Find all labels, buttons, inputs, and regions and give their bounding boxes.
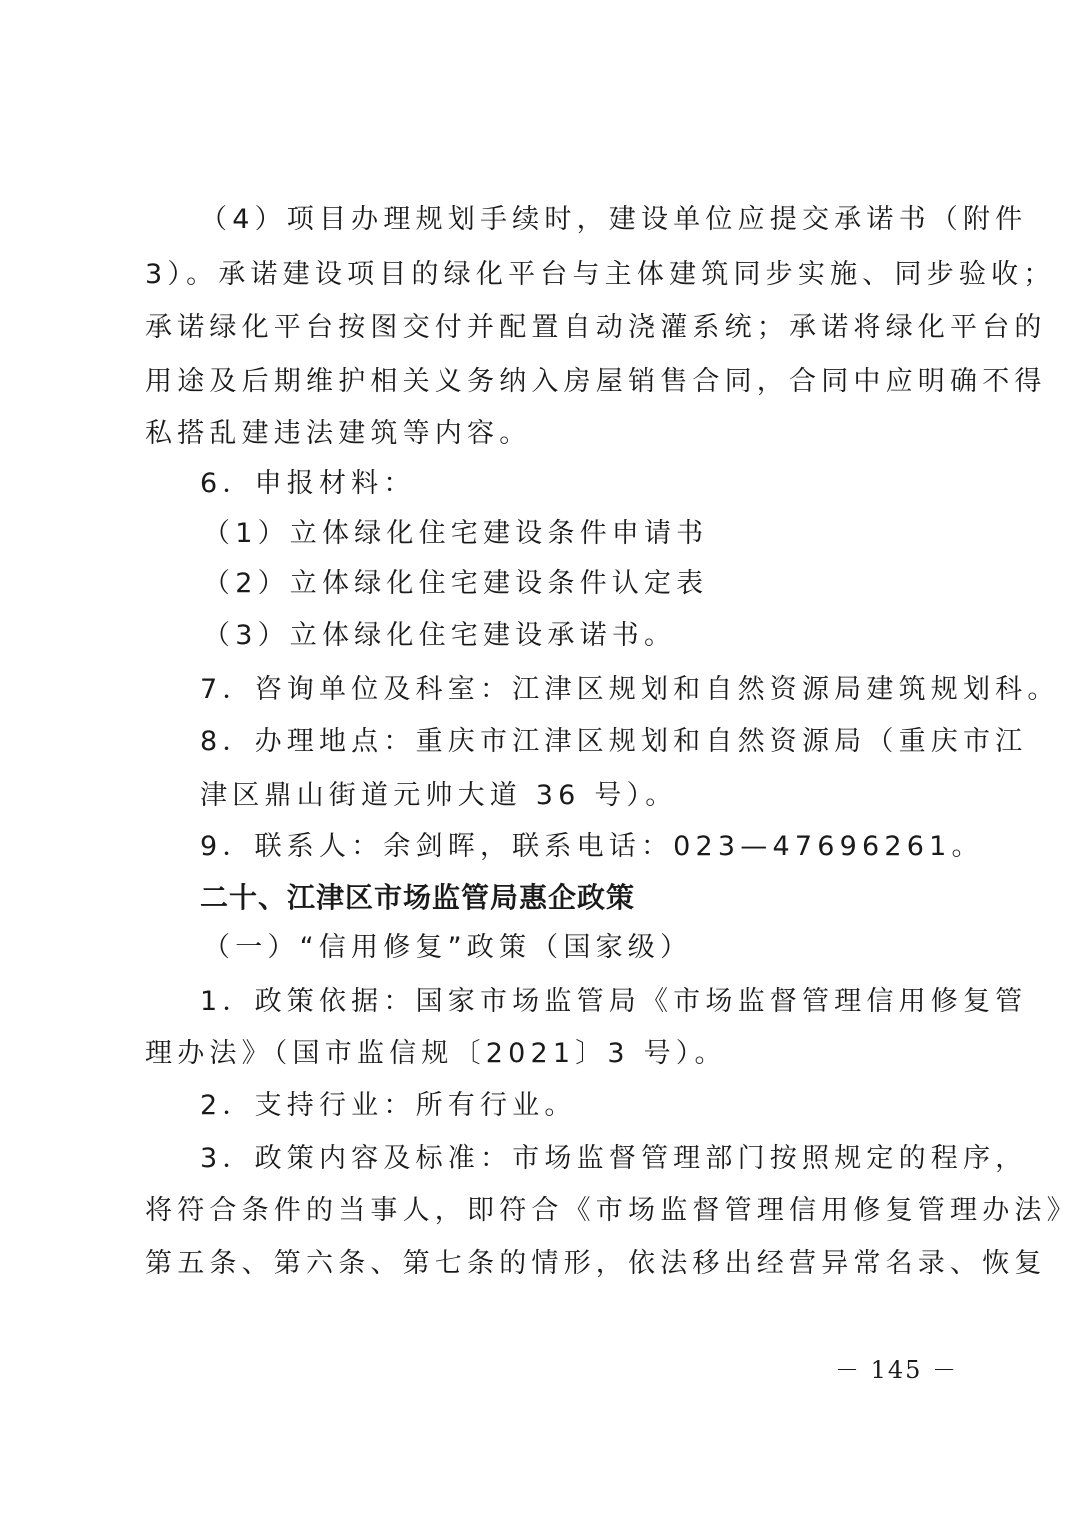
paragraph-line: 津区鼎山街道元帅大道 36 号）。 xyxy=(200,778,945,814)
section-item-1: 1．政策依据：国家市场监管局《市场监督管理信用修复管 xyxy=(200,984,945,1020)
paragraph-line: 私搭乱建违法建筑等内容。 xyxy=(145,416,945,452)
section-item-2: 2．支持行业：所有行业。 xyxy=(200,1088,945,1124)
section-item-7: 7．咨询单位及科室：江津区规划和自然资源局建筑规划科。 xyxy=(200,672,945,708)
subsection-heading: （一）“信用修复”政策（国家级） xyxy=(203,930,1003,966)
list-item: （2）立体绿化住宅建设条件认定表 xyxy=(203,566,1003,602)
list-item: （3）立体绿化住宅建设承诺书。 xyxy=(203,618,1003,654)
document-page: （4）项目办理规划手续时，建设单位应提交承诺书（附件 3）。承诺建设项目的绿化平… xyxy=(0,0,1074,1520)
section-item-8: 8．办理地点：重庆市江津区规划和自然资源局（重庆市江 xyxy=(200,724,945,760)
section-item-3: 3．政策内容及标准：市场监督管理部门按照规定的程序， xyxy=(200,1141,945,1177)
paragraph-line: 理办法》（国市监信规〔2021〕3 号）。 xyxy=(145,1036,945,1072)
section-heading: 二十、江津区市场监管局惠企政策 xyxy=(200,880,945,916)
paragraph-line: 将符合条件的当事人，即符合《市场监督管理信用修复管理办法》 xyxy=(145,1193,945,1229)
paragraph-line: 第五条、第六条、第七条的情形，依法移出经营异常名录、恢复 xyxy=(145,1246,945,1282)
paragraph-line: （4）项目办理规划手续时，建设单位应提交承诺书（附件 xyxy=(200,202,945,238)
page-number: － 145 － xyxy=(835,1350,958,1385)
paragraph-line: 3）。承诺建设项目的绿化平台与主体建筑同步实施、同步验收； xyxy=(145,257,945,293)
paragraph-line: 承诺绿化平台按图交付并配置自动浇灌系统；承诺将绿化平台的 xyxy=(145,310,945,346)
section-item-6: 6．申报材料： xyxy=(200,466,945,502)
paragraph-line: 用途及后期维护相关义务纳入房屋销售合同，合同中应明确不得 xyxy=(145,364,945,400)
section-item-9: 9．联系人：余剑晖，联系电话：023—47696261。 xyxy=(200,829,945,865)
list-item: （1）立体绿化住宅建设条件申请书 xyxy=(203,516,1003,552)
